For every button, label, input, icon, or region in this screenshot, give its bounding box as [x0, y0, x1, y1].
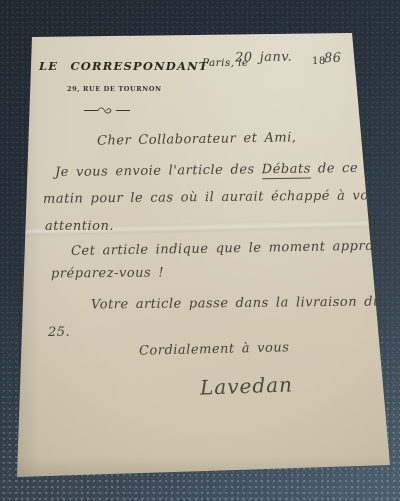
letterhead-address: 29, RUE DE TOURNON — [67, 85, 162, 93]
body-line-text: de ce — [311, 161, 358, 177]
body-line: Votre article passe dans la livraison du — [91, 294, 382, 312]
body-line-text: Je vous envoie l'article des — [55, 162, 262, 180]
dateline-handwritten-year: 86 — [324, 51, 342, 67]
letter-paper: LE CORRESPONDANT 29, RUE DE TOURNON Pari… — [17, 33, 391, 478]
body-line: 25. — [48, 325, 70, 340]
flourish-divider-icon — [83, 100, 131, 119]
body-line: Je vous envoie l'article des Débats de c… — [55, 161, 358, 180]
body-line: attention. — [45, 219, 114, 234]
body-line: Cet article indique que le moment approc… — [71, 238, 400, 259]
dateline-handwritten-date: 20 janv. — [235, 50, 293, 66]
letterhead-title: LE CORRESPONDANT — [39, 59, 209, 73]
signature: Lavedan — [200, 372, 294, 399]
closing-line: Cordialement à vous — [139, 340, 290, 358]
body-line: matin pour le cas où il aurait échappé à… — [43, 188, 389, 207]
tabletop-background: LE CORRESPONDANT 29, RUE DE TOURNON Pari… — [0, 0, 400, 501]
underlined-journal-title: Débats — [262, 162, 311, 180]
salutation-line: Cher Collaborateur et Ami, — [97, 130, 297, 148]
body-line: préparez-vous ! — [51, 266, 164, 282]
